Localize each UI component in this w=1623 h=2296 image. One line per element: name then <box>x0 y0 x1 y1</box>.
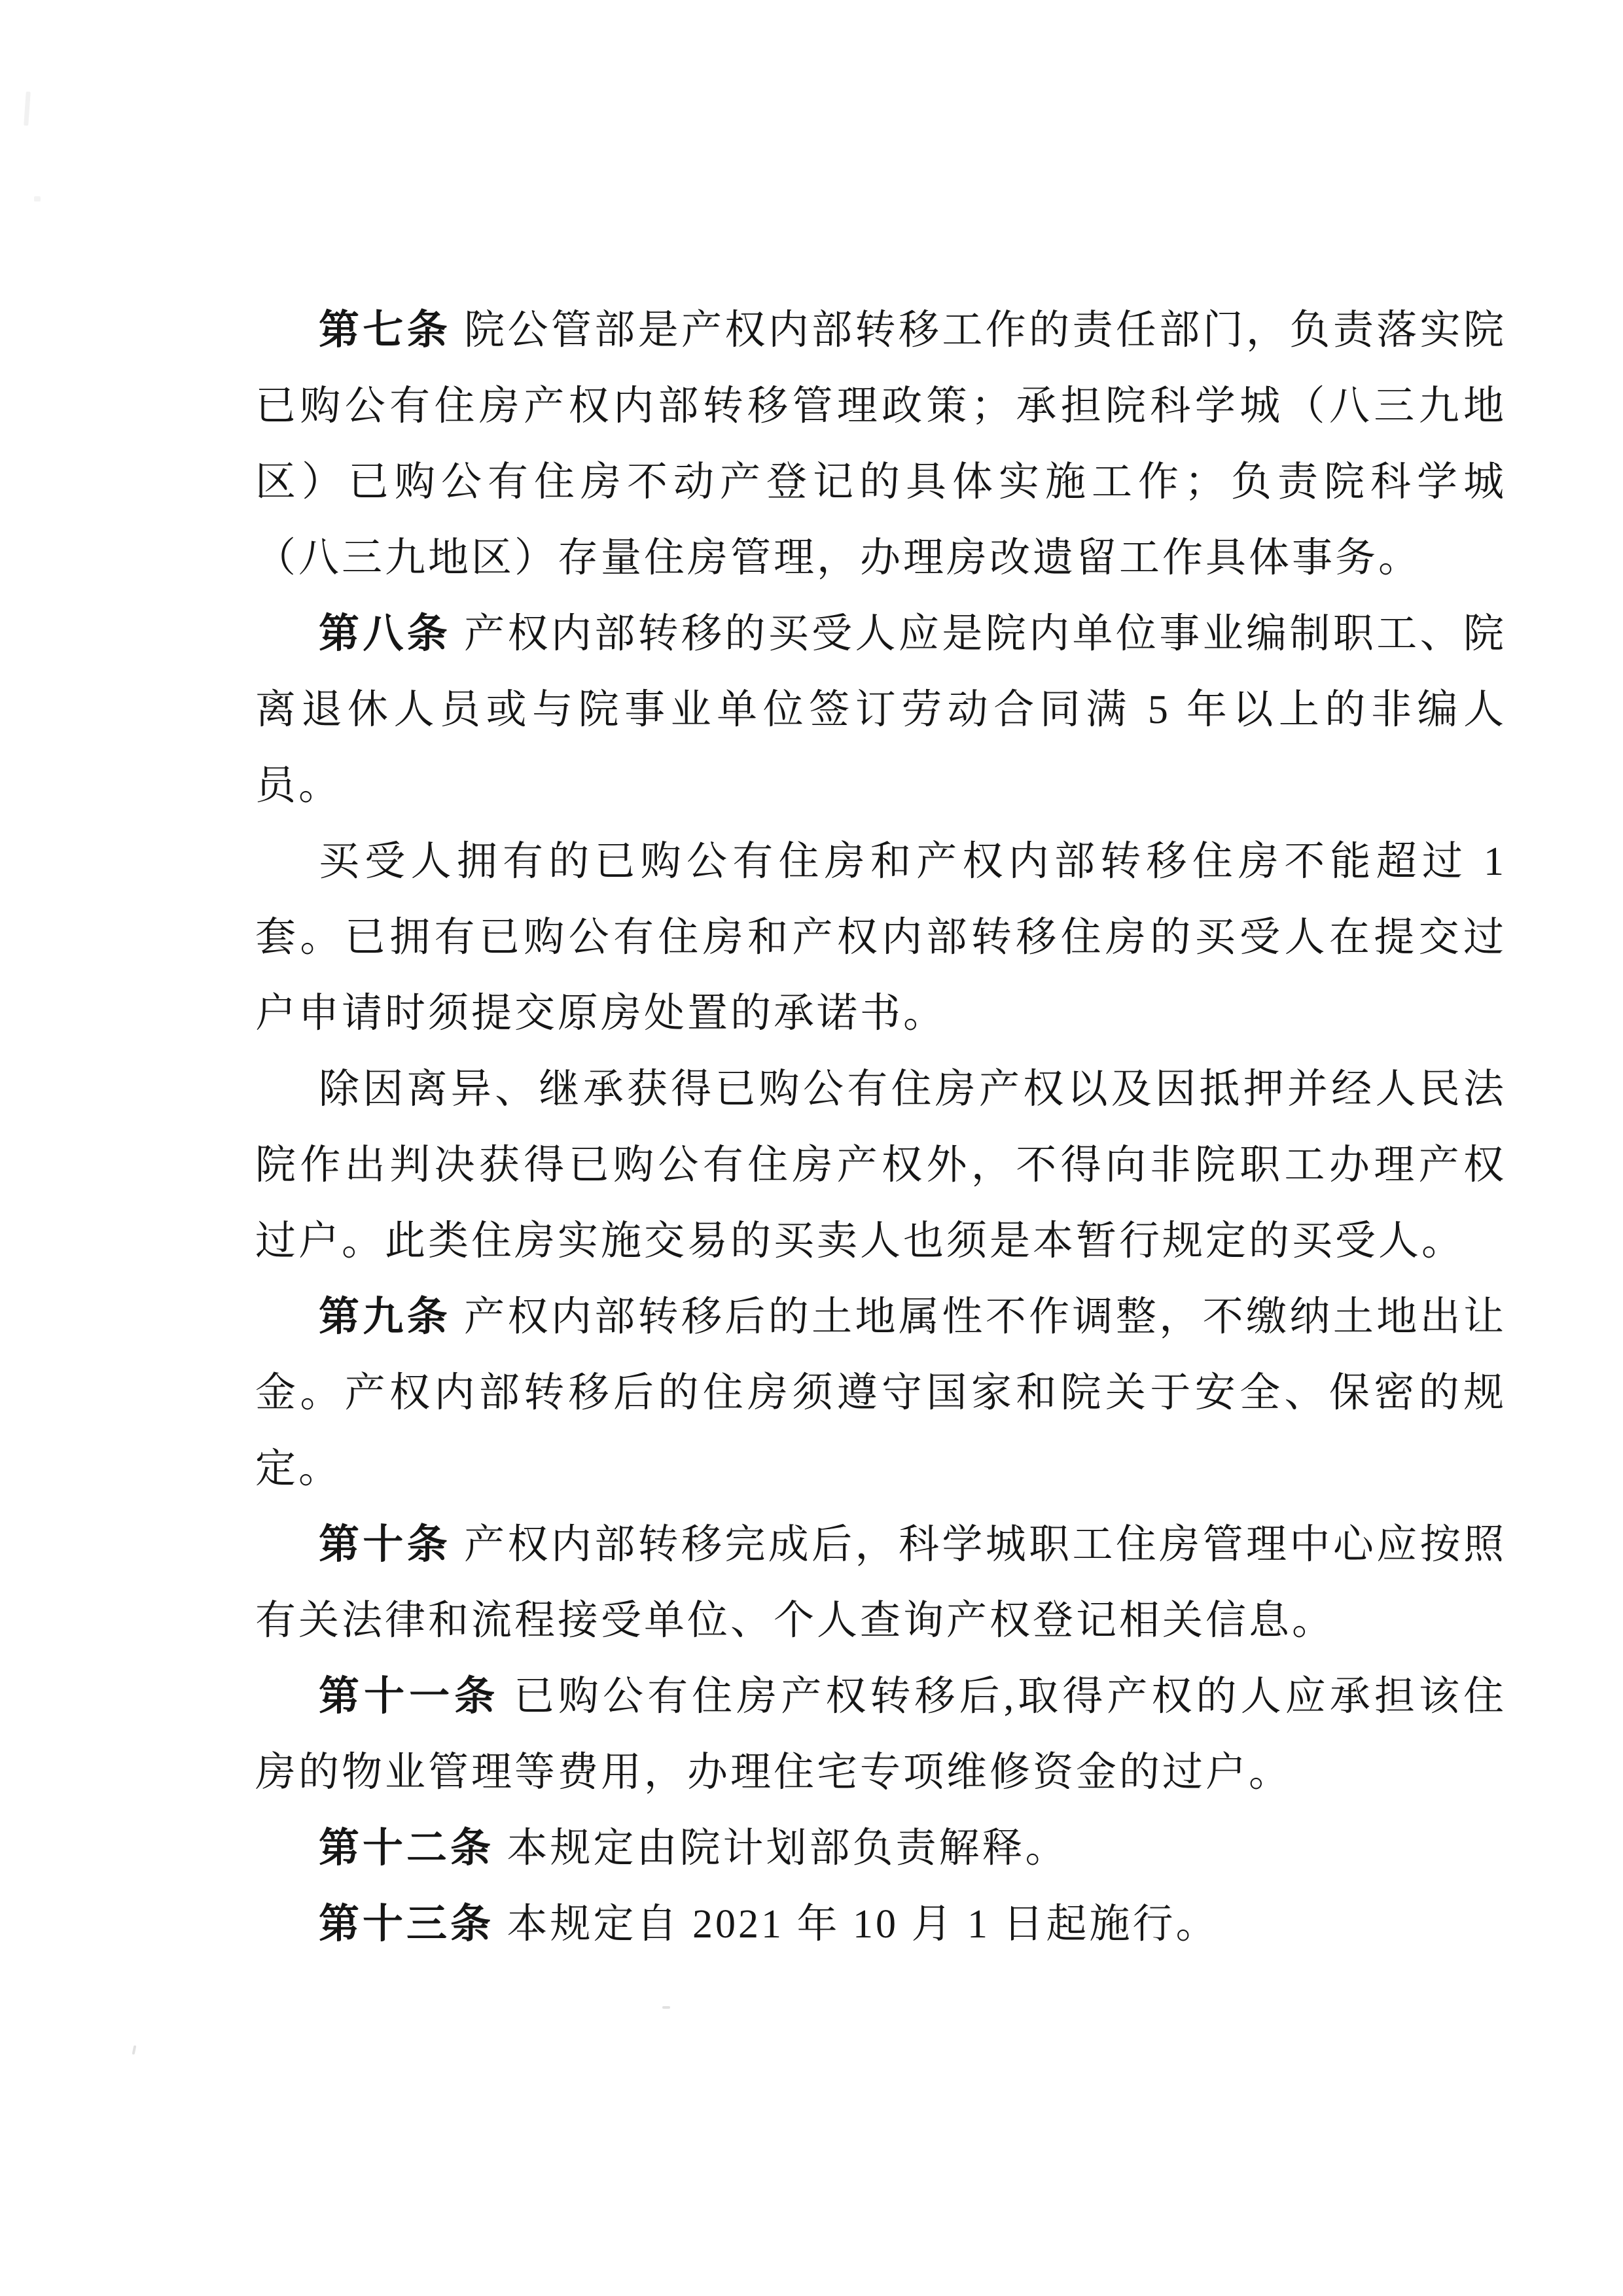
article-number: 第八条 <box>319 612 451 656</box>
article-paragraph: 第七条 院公管部是产权内部转移工作的责任部门，负责落实院已购公有住房产权内部转移… <box>255 292 1507 596</box>
document-page: 第七条 院公管部是产权内部转移工作的责任部门，负责落实院已购公有住房产权内部转移… <box>0 0 1623 2296</box>
scan-speck <box>662 2006 670 2009</box>
scan-speck <box>132 2045 137 2055</box>
document-text-block: 第七条 院公管部是产权内部转移工作的责任部门，负责落实院已购公有住房产权内部转移… <box>255 292 1507 1962</box>
article-text: 除因离异、继承获得已购公有住房产权以及因抵押并经人民法院作出判决获得已购公有住房… <box>255 1067 1507 1263</box>
scan-smudge <box>24 92 31 126</box>
article-paragraph: 第十条 产权内部转移完成后，科学城职工住房管理中心应按照有关法律和流程接受单位、… <box>255 1507 1507 1659</box>
article-paragraph: 第九条 产权内部转移后的土地属性不作调整，不缴纳土地出让金。产权内部转移后的住房… <box>255 1279 1507 1507</box>
article-number: 第九条 <box>319 1295 451 1339</box>
scan-smudge <box>34 196 41 202</box>
article-number: 第十条 <box>319 1523 451 1567</box>
article-paragraph: 第八条 产权内部转移的买受人应是院内单位事业编制职工、院离退休人员或与院事业单位… <box>255 596 1507 824</box>
article-paragraph: 第十二条 本规定由院计划部负责解释。 <box>255 1810 1507 1886</box>
article-number: 第十一条 <box>319 1674 499 1719</box>
article-paragraph: 买受人拥有的已购公有住房和产权内部转移住房不能超过 1 套。已拥有已购公有住房和… <box>255 824 1507 1051</box>
article-paragraph: 除因离异、继承获得已购公有住房产权以及因抵押并经人民法院作出判决获得已购公有住房… <box>255 1051 1507 1279</box>
article-text: 本规定由院计划部负责解释。 <box>507 1826 1069 1871</box>
article-number: 第七条 <box>319 308 451 353</box>
article-paragraph: 第十一条 已购公有住房产权转移后,取得产权的人应承担该住房的物业管理等费用，办理… <box>255 1659 1507 1810</box>
article-number: 第十二条 <box>319 1826 494 1871</box>
article-paragraph: 第十三条 本规定自 2021 年 10 月 1 日起施行。 <box>255 1886 1507 1962</box>
article-text: 买受人拥有的已购公有住房和产权内部转移住房不能超过 1 套。已拥有已购公有住房和… <box>255 839 1507 1036</box>
article-text: 本规定自 2021 年 10 月 1 日起施行。 <box>507 1902 1219 1947</box>
article-number: 第十三条 <box>319 1902 494 1947</box>
